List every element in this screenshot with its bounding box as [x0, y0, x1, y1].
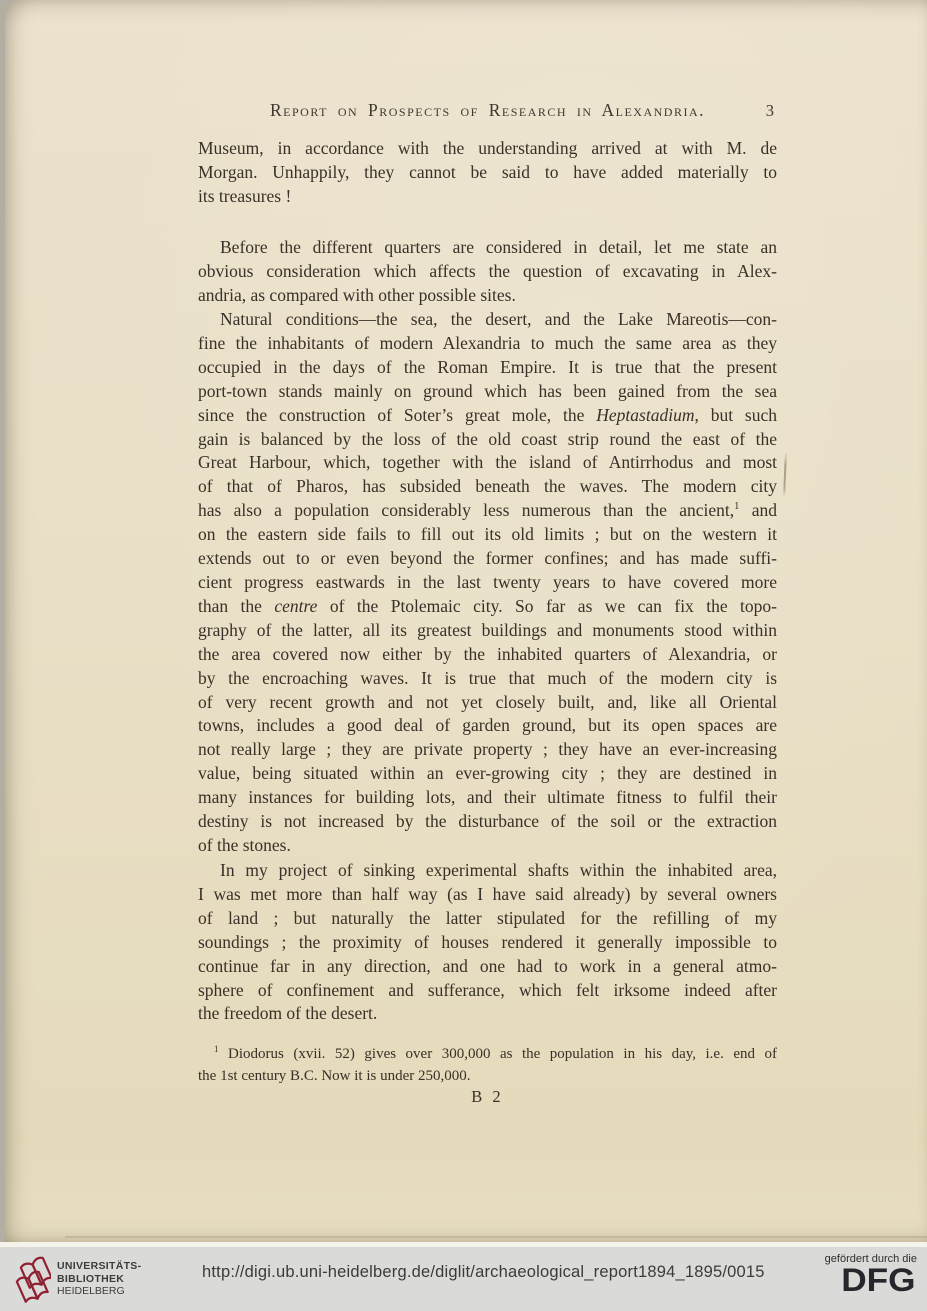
text-line: gain is balanced by the loss of the old …: [198, 428, 777, 452]
page-number: 3: [766, 101, 774, 121]
text-line: 1 Diodorus (xvii. 52) gives over 300,000…: [198, 1043, 777, 1065]
screenshot: Report on Prospects of Research in Alexa…: [0, 0, 927, 1311]
signature-mark: B 2: [198, 1087, 777, 1107]
text-line: on the eastern side fails to fill out it…: [198, 523, 777, 547]
text-line: port-town stands mainly on ground which …: [198, 380, 777, 404]
margin-pen-mark: [783, 452, 787, 497]
text-line: soundings ; the proximity of houses rend…: [198, 931, 777, 955]
text-line: Morgan. Unhappily, they cannot be said t…: [198, 161, 777, 185]
text-line: graphy of the latter, all its greatest b…: [198, 619, 777, 643]
text-line: its treasures !: [198, 185, 777, 209]
library-name-line2: BIBLIOTHEK: [57, 1273, 141, 1286]
text-line: cient progress eastwards in the last twe…: [198, 571, 777, 595]
text-line: of land ; but naturally the latter stipu…: [198, 907, 777, 931]
dfg-logo: DFG: [842, 1262, 916, 1299]
text-line: many instances for building lots, and th…: [198, 786, 777, 810]
running-head: Report on Prospects of Research in Alexa…: [198, 100, 777, 122]
paragraph: In my project of sinking experimental sh…: [198, 859, 777, 1026]
text-line: has also a population considerably less …: [198, 499, 777, 523]
text-line: andria, as compared with other possible …: [198, 284, 777, 308]
library-name: UNIVERSITÄTS- BIBLIOTHEK HEIDELBERG: [57, 1260, 141, 1298]
document-url-text: http://digi.ub.uni-heidelberg.de/diglit/…: [202, 1263, 765, 1282]
text-line: Before the different quarters are consid…: [198, 236, 777, 260]
text-line: Museum, in accordance with the understan…: [198, 137, 777, 161]
text-line: the freedom of the desert.: [198, 1002, 777, 1026]
text-line: by the encroaching waves. It is true tha…: [198, 667, 777, 691]
library-name-line3: HEIDELBERG: [57, 1285, 141, 1298]
heidelberg-books-icon: [11, 1255, 51, 1303]
text-line: than the centre of the Ptolemaic city. S…: [198, 595, 777, 619]
text-line: In my project of sinking experimental sh…: [198, 859, 777, 883]
library-name-line1: UNIVERSITÄTS-: [57, 1260, 141, 1273]
text-line: continue far in any direction, and one h…: [198, 955, 777, 979]
text-line: the area covered now either by the inhab…: [198, 643, 777, 667]
text-line: of very recent growth and not yet closel…: [198, 691, 777, 715]
paragraph: Before the different quarters are consid…: [198, 236, 777, 308]
text-line: destiny is not increased by the disturba…: [198, 810, 777, 834]
text-line: fine the inhabitants of modern Alexandri…: [198, 332, 777, 356]
page-title: Report on Prospects of Research in Alexa…: [270, 100, 705, 121]
paragraph: Museum, in accordance with the understan…: [198, 137, 777, 209]
text-line: Natural conditions—the sea, the desert, …: [198, 308, 777, 332]
text-line: obvious consideration which affects the …: [198, 260, 777, 284]
text-line: of that of Pharos, has subsided beneath …: [198, 475, 777, 499]
text-line: the 1st century B.C. Now it is under 250…: [198, 1065, 777, 1087]
text-line: extends out to or even beyond the former…: [198, 547, 777, 571]
scanned-page: Report on Prospects of Research in Alexa…: [5, 0, 927, 1242]
text-line: since the construction of Soter’s great …: [198, 404, 777, 428]
text-line: Great Harbour, which, together with the …: [198, 451, 777, 475]
text-line: towns, includes a good deal of garden gr…: [198, 714, 777, 738]
text-line: not really large ; they are private prop…: [198, 738, 777, 762]
footer-bar: UNIVERSITÄTS- BIBLIOTHEK HEIDELBERG http…: [0, 1247, 927, 1311]
text-line: value, being situated within an ever-gro…: [198, 762, 777, 786]
text-line: sphere of confinement and sufferance, wh…: [198, 979, 777, 1003]
text-line: of the stones.: [198, 834, 777, 858]
footnote: 1 Diodorus (xvii. 52) gives over 300,000…: [198, 1043, 777, 1087]
page-edge-shadow: [65, 1236, 927, 1238]
text-line: occupied in the days of the Roman Empire…: [198, 356, 777, 380]
text-line: I was met more than half way (as I have …: [198, 883, 777, 907]
paragraph: Natural conditions—the sea, the desert, …: [198, 308, 777, 858]
